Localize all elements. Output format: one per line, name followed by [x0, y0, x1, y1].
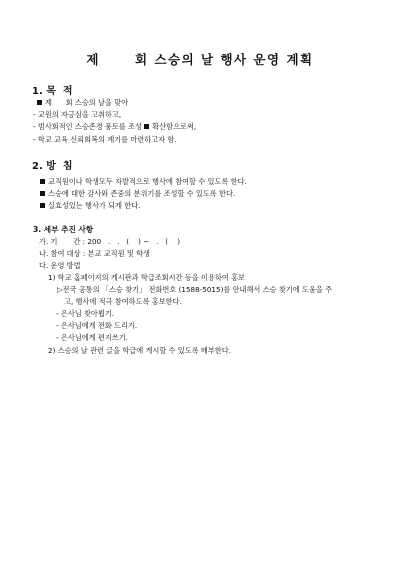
- square-bullet-icon: [144, 124, 149, 129]
- purpose-line-4: - 학교 교육 신뢰회복의 계기를 마련하고자 함.: [33, 135, 177, 144]
- details-method-1-note-cont: 고, 행사에 적극 참여하도록 홍보한다.: [64, 297, 182, 306]
- policy-bullet-3: 실효성있는 행사가 되게 한다.: [40, 201, 140, 210]
- purpose-line-1: 제 회 스승의 날을 맞아: [37, 98, 128, 107]
- square-bullet-icon: [40, 191, 45, 196]
- square-bullet-icon: [37, 100, 42, 105]
- details-method-letter: - 은사님에게 편지쓰기.: [56, 333, 128, 342]
- policy-bullet-1: 교직원이나 학생모두 자발적으로 행사에 참여할 수 있도록 한다.: [40, 177, 247, 186]
- details-method-call: - 은사님에게 전화 드리기.: [56, 321, 137, 330]
- square-bullet-icon: [40, 179, 45, 184]
- section-heading-purpose: 1. 목 적: [32, 86, 73, 98]
- purpose-line-2: - 교원의 자긍심을 고취하고,: [33, 110, 121, 119]
- section-heading-details: 3. 세부 추진 사항: [33, 225, 93, 234]
- policy-bullet-2: 스승에 대한 감사와 존중의 분위기를 조성할 수 있도록 한다.: [40, 189, 235, 198]
- square-bullet-icon: [40, 203, 45, 208]
- details-method-visit: - 은사님 찾아뵙기.: [56, 309, 114, 318]
- section-heading-policy: 2. 방 침: [32, 161, 73, 173]
- details-method-1-note: ▷전국 공통의 「스승 찾기」 전화번호 (1588-5015)를 안내해서 스…: [57, 285, 332, 294]
- document-title: 제 회 스승의 날 행사 운영 계획: [0, 50, 400, 68]
- details-period: 가. 기 간 : 200 . . ( ) ~ . ( ): [39, 237, 180, 246]
- details-method-2: 2) 스승의 날 관련 글을 학급에 게시할 수 있도록 배부한다.: [48, 346, 231, 355]
- details-participants: 나. 참여 대상 : 본교 교직원 및 학생: [39, 249, 150, 258]
- purpose-line-3: - 범사회적인 스승존경 풍토를 조성 확산함으로써,: [33, 122, 196, 131]
- details-method-1: 1) 학교 홈페이지의 게시판과 학급조회시간 등을 이용하여 홍보: [48, 273, 245, 282]
- details-method-heading: 다. 운영 방법: [39, 261, 81, 270]
